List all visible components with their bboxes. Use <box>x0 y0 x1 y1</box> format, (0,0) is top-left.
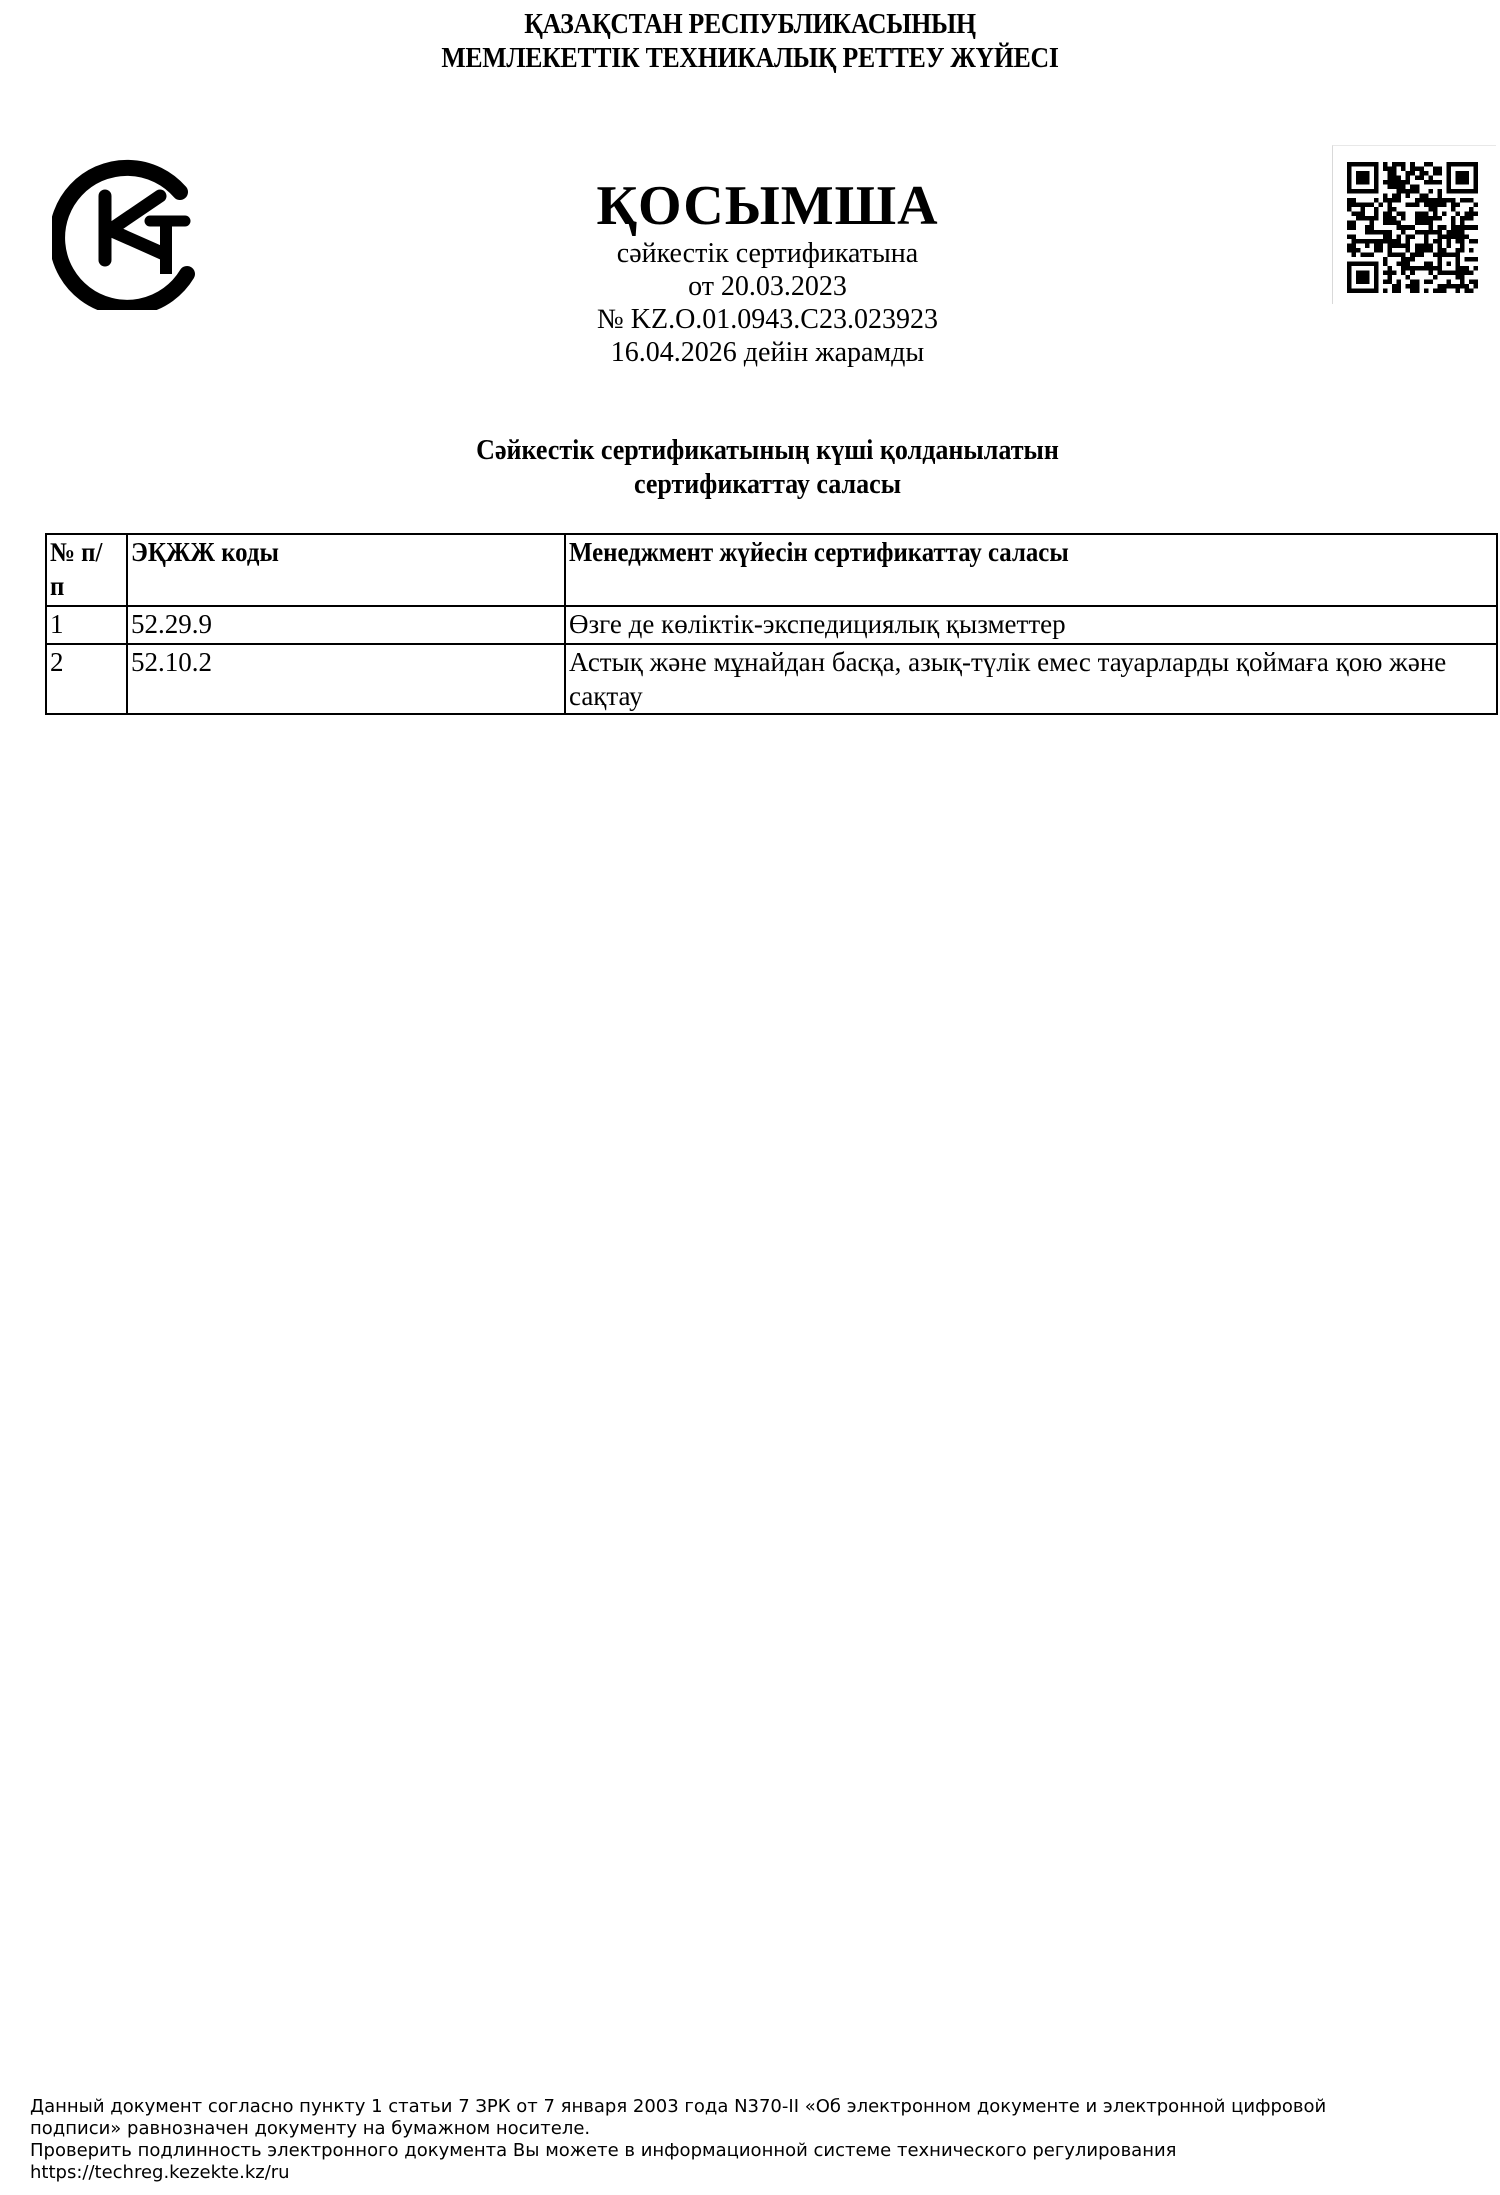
scope-heading-line-2: сертификаттау саласы <box>54 468 1482 502</box>
table-row: 1 52.29.9 Өзге де көліктік-экспедициялық… <box>46 606 1497 644</box>
header-code: ЭҚЖЖ коды <box>127 534 565 606</box>
row-scope: Өзге де көліктік-экспедициялық қызметтер <box>565 606 1497 644</box>
org-line-1: ҚАЗАҚСТАН РЕСПУБЛИКАСЫНЫҢ <box>60 8 1440 42</box>
row-scope: Астық және мұнайдан басқа, азық-түлік ем… <box>565 644 1497 714</box>
qr-code-frame <box>1332 145 1496 304</box>
legal-footer: Данный документ согласно пункту 1 статьи… <box>30 2096 1490 2184</box>
appendix-title-block: ҚОСЫМША сәйкестік сертификатына от 20.03… <box>0 175 1500 369</box>
scope-heading-line-1: Сәйкестік сертификатының күші қолданылат… <box>54 434 1482 468</box>
qr-code-icon <box>1347 162 1478 293</box>
row-number: 2 <box>46 644 127 714</box>
row-code: 52.10.2 <box>127 644 565 714</box>
footer-line-2: подписи» равнозначен документу на бумажн… <box>30 2118 1490 2140</box>
certificate-validity: 16.04.2026 дейін жарамды <box>0 336 1500 369</box>
table-row: 2 52.10.2 Астық және мұнайдан басқа, азы… <box>46 644 1497 714</box>
footer-line-1: Данный документ согласно пункту 1 статьи… <box>30 2096 1490 2118</box>
org-line-2: МЕМЛЕКЕТТІК ТЕХНИКАЛЫҚ РЕТТЕУ ЖҮЙЕСІ <box>60 42 1440 76</box>
table-header-row: № п/п ЭҚЖЖ коды Менеджмент жүйесін серти… <box>46 534 1497 606</box>
certificate-date: от 20.03.2023 <box>0 270 1500 303</box>
footer-line-3: Проверить подлинность электронного докум… <box>30 2140 1490 2162</box>
appendix-title: ҚОСЫМША <box>0 175 1500 237</box>
header-scope: Менеджмент жүйесін сертификаттау саласы <box>565 534 1497 606</box>
header-number: № п/п <box>46 534 127 606</box>
organization-header: ҚАЗАҚСТАН РЕСПУБЛИКАСЫНЫҢ МЕМЛЕКЕТТІК ТЕ… <box>60 8 1440 76</box>
certificate-label: сәйкестік сертификатына <box>0 237 1500 270</box>
verification-link[interactable]: https://techreg.kezekte.kz/ru <box>30 2162 1490 2184</box>
certificate-number: № KZ.O.01.0943.C23.023923 <box>0 303 1500 336</box>
scope-table: № п/п ЭҚЖЖ коды Менеджмент жүйесін серти… <box>45 533 1498 715</box>
scope-section-heading: Сәйкестік сертификатының күші қолданылат… <box>54 434 1482 502</box>
row-code: 52.29.9 <box>127 606 565 644</box>
row-number: 1 <box>46 606 127 644</box>
